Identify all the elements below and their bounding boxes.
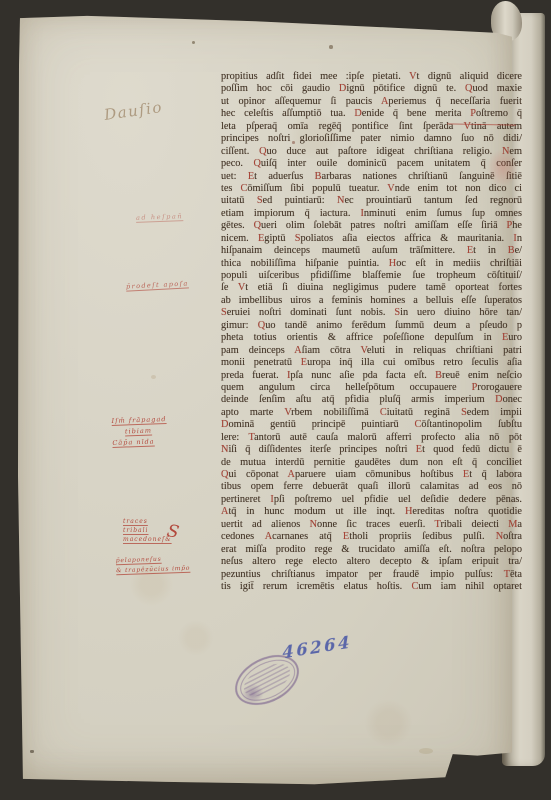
paper-stain	[419, 748, 433, 754]
margin-note-3-line: Cāp̄a nīda	[112, 436, 167, 449]
text-line: nicem. Egiptū Spoliatos aſia eiectos aff…	[221, 233, 522, 245]
text-line: ab imbellibus uiros a feminis homines a …	[221, 295, 522, 307]
text-line: uertit ad alienos Nonne ſic traces euerſ…	[221, 519, 522, 531]
text-line: leta pſperaq̄ omīa regēq̄ pontifice ſint…	[221, 121, 522, 133]
text-line: peco. Quiſq̄ inter ouile dominicū pacem …	[221, 158, 522, 170]
text-line: populi uiſceribus pfidiſſime blaſfemie ſ…	[221, 270, 522, 282]
book-page-scan: propitius adſit fidei mee :ipſe pietati.…	[0, 0, 551, 800]
text-line: quem angulum circa helleſpōtum occupauer…	[221, 382, 522, 394]
text-line: propitius adſit fidei mee :ipſe pietati.…	[221, 71, 522, 83]
text-line: Qui cōponat Aparuere uiam cōmunibus hoſt…	[221, 469, 522, 481]
text-line: neſus altero rege electo altero decepto …	[221, 556, 522, 568]
text-line: preda fuerat. Ipſa nunc aſie pda facta e…	[221, 370, 522, 382]
text-line: principes noſtri glorioſiſſime pater nim…	[221, 133, 522, 145]
text-line: thica nobiliſſima hiſpanie puintia. Hoc …	[221, 258, 522, 270]
margin-note-4-line: tribali	[123, 527, 172, 536]
text-line: poſſim hoc cōi gaudio Dignū pōtifice dig…	[221, 83, 522, 95]
text-line: lere: Tantorū autē cauſa malorū afferri …	[221, 432, 522, 444]
text-line: ut opinor aſſequemur ſi paucis Aperiemus…	[221, 96, 522, 108]
paper-speck	[329, 45, 333, 49]
text-line: deinde ſenſim aſtu atq̄ pfidia pluſq̄ ar…	[221, 394, 522, 406]
text-line: tibus opem ferre debuerāt quaſi illorū c…	[221, 481, 522, 493]
text-line: etiam impiorum q̄ iactura. Inminuti enim…	[221, 208, 522, 220]
paper-stain	[151, 375, 156, 379]
text-line: uitatū Sed puintiarū: Nec prouintiarū ta…	[221, 195, 522, 207]
text-line: hec celeſtis aſſumptiō tua. Denide q̄ be…	[221, 108, 522, 120]
text-line: Atq̄ in hunc modum ut ille inqt. Heredit…	[221, 506, 522, 518]
text-line: ciſſent. Quo duce aut paſtore idigeat ch…	[221, 146, 522, 158]
text-line: pheta totius orientis & affrice poſeſſio…	[221, 332, 522, 344]
text-block: propitius adſit fidei mee :ipſe pietati.…	[221, 71, 522, 593]
margin-note-1: ad heſpañ	[136, 212, 183, 222]
text-line: ſe Vt etiā ſi diuina negligimus pudere t…	[221, 282, 522, 294]
paper-speck	[30, 750, 34, 753]
text-line: cedones Acarnanes atq̄ Etholi propriis ſ…	[221, 531, 522, 543]
paper-speck	[292, 141, 295, 144]
text-line: pezuntius chriſtianus impator per fraudē…	[221, 569, 522, 581]
text-line: monii penetratū Europa inq̄ illa cui omī…	[221, 357, 522, 369]
text-line: Seruiei noſtri dominati ſunt nobis. Sin …	[221, 307, 522, 319]
text-line: pam deinceps Aſiam cōtra Veluti in reliq…	[221, 345, 522, 357]
margin-note-4-line: traces	[123, 518, 172, 527]
text-line: uet: Et aduerſus Barbaras nationes chriſ…	[221, 171, 522, 183]
text-line: de mutua interdū pernitie gaudētes dum n…	[221, 457, 522, 469]
text-line: tis igit̄ rerum icremētis elatus hoſtis.…	[221, 581, 522, 593]
text-line: Dominā gentiū principē puintiarū Cōſtant…	[221, 419, 522, 431]
text-line: pertineret Ipſi poſtremo uel pfidie uel …	[221, 494, 522, 506]
text-line: hiſpanaim deinceps maumetū auſum trāſmit…	[221, 245, 522, 257]
paper-speck	[192, 41, 195, 44]
text-line: apto marte Vrbem nobiliſſimā Ciuitatū re…	[221, 407, 522, 419]
text-line: gētes. Queri olim ſolebāt patres noſtri …	[221, 220, 522, 232]
text-line: erat miſſa prodito rege & trucidato amiſ…	[221, 544, 522, 556]
red-ink-smudge	[487, 149, 518, 187]
margin-note-3: Iſm̄ frāpagad tibiam Cāp̄a nīda	[111, 414, 167, 449]
text-line: Niſi q̄ diſſidentes iterſe principes noſ…	[221, 444, 522, 456]
text-line: gimur: Quo tandē animo ferēdum ſummū deu…	[221, 320, 522, 332]
margin-note-5: p̄elaponeſus & trapēzūcius imp̄o	[116, 554, 191, 576]
text-line: tes Cōmiſſum ſibi populū tueatur. Vnde e…	[221, 183, 522, 195]
